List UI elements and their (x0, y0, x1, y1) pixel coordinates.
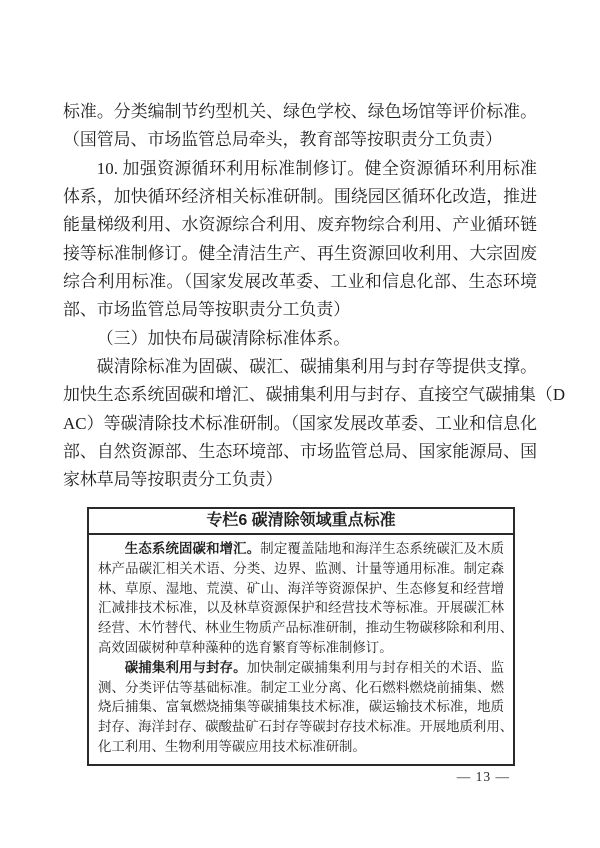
text-line: AC）等碳清除技术标准研制。（国家发展改革委、工业和信息化 (63, 410, 537, 438)
text-line: 加快生态系统固碳和增汇、碳捕集利用与封存、直接空气碳捕集（D (63, 381, 537, 409)
text-line: 接等标准制修订。健全清洁生产、再生资源回收利用、大宗固废 (63, 240, 537, 268)
paragraph-lead: 碳捕集利用与封存。 (125, 660, 247, 675)
text-line: 部、市场监管总局等按职责分工负责） (63, 296, 537, 324)
text-line: 10. 加强资源循环利用标准制修订。健全资源循环利用标准 (63, 155, 537, 183)
paragraph-lead: 生态系统固碳和增汇。 (125, 541, 261, 556)
text-line: 化工利用、生物利用等碳应用技术标准研制。 (98, 737, 504, 757)
text-line: 林产品碳汇相关术语、分类、边界、监测、计量等通用标准。制定森 (98, 559, 504, 579)
text-line: 高效固碳树种草种藻种的选育繁育等标准制修订。 (98, 638, 504, 658)
body-text: 标准。分类编制节约型机关、绿色学校、绿色场馆等评价标准。（国管局、市场监管总局牵… (63, 98, 537, 495)
text-line: 综合利用标准。（国家发展改革委、工业和信息化部、生态环境 (63, 268, 537, 296)
text-line: 碳捕集利用与封存。加快制定碳捕集利用与封存相关的术语、监 (98, 658, 504, 678)
highlight-box: 专栏6 碳清除领域重点标准 生态系统固碳和增汇。制定覆盖陆地和海洋生态系统碳汇及… (87, 507, 515, 766)
text-line: 碳清除标准为固碳、碳汇、碳捕集利用与封存等提供支撑。 (63, 353, 537, 381)
page-number: — 13 — (457, 769, 510, 785)
text-line: 烧后捕集、富氧燃烧捕集等碳捕集技术标准，碳运输技术标准，地质 (98, 697, 504, 717)
box-title: 专栏6 碳清除领域重点标准 (89, 509, 513, 535)
text-line: 体系，加快循环经济相关标准研制。围绕园区循环化改造，推进 (63, 183, 537, 211)
text-line: 家林草局等按职责分工负责） (63, 466, 537, 494)
box-body: 生态系统固碳和增汇。制定覆盖陆地和海洋生态系统碳汇及木质林产品碳汇相关术语、分类… (89, 535, 513, 764)
text-line: 部、自然资源部、生态环境部、市场监管总局、国家能源局、国 (63, 438, 537, 466)
text-line: 汇减排技术标准，以及林草资源保护和经营技术等标准。开展碳汇林 (98, 598, 504, 618)
document-page: 标准。分类编制节约型机关、绿色学校、绿色场馆等评价标准。（国管局、市场监管总局牵… (0, 0, 600, 848)
text-line: 生态系统固碳和增汇。制定覆盖陆地和海洋生态系统碳汇及木质 (98, 539, 504, 559)
text-line: 能量梯级利用、水资源综合利用、废弃物综合利用、产业循环链 (63, 211, 537, 239)
text-line: 经营、木竹替代、林业生物质产品标准研制，推动生物碳移除和利用、 (98, 618, 504, 638)
text-line: （国管局、市场监管总局牵头，教育部等按职责分工负责） (63, 126, 537, 154)
text-line: 林、草原、湿地、荒漠、矿山、海洋等资源保护、生态修复和经营增 (98, 579, 504, 599)
text-line: 封存、海洋封存、碳酸盐矿石封存等碳封存技术标准。开展地质利用、 (98, 717, 504, 737)
text-line: （三）加快布局碳清除标准体系。 (63, 325, 537, 353)
text-line: 标准。分类编制节约型机关、绿色学校、绿色场馆等评价标准。 (63, 98, 537, 126)
text-line: 测、分类评估等基础标准。制定工业分离、化石燃料燃烧前捕集、燃 (98, 678, 504, 698)
